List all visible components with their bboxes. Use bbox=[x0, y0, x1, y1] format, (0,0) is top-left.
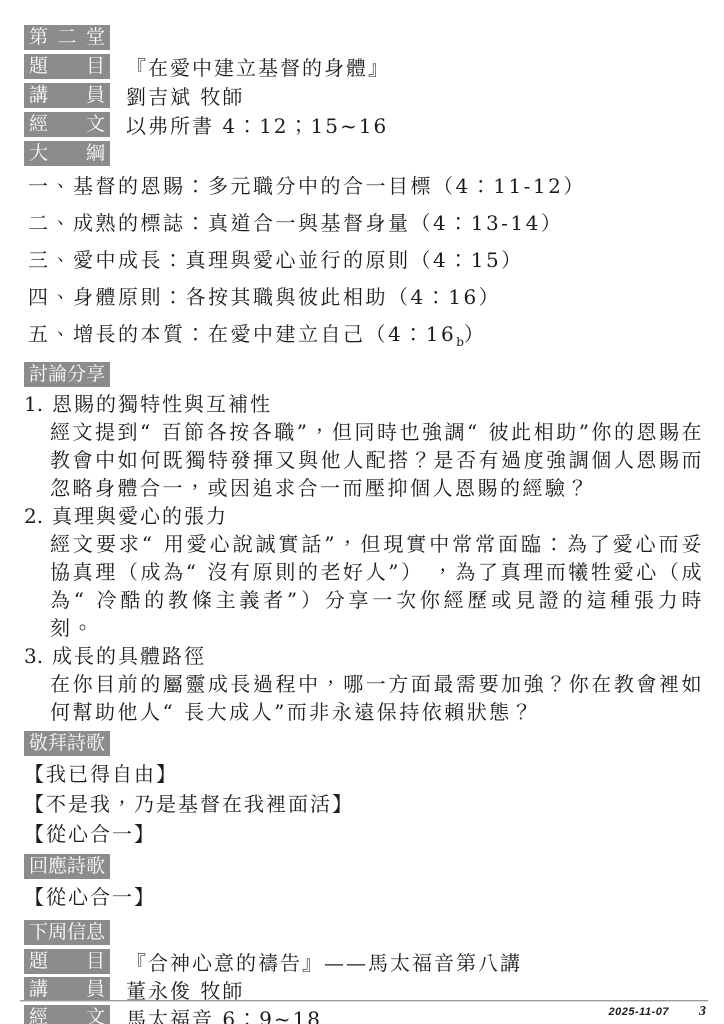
outline-label: 大 綱 bbox=[24, 141, 110, 166]
header-row-topic: 題 目 『在愛中建立基督的身體』 bbox=[24, 54, 704, 79]
discussion-item-number: 1. bbox=[24, 390, 48, 418]
worship-song: 【我已得自由】 bbox=[24, 759, 704, 789]
next-week-row-topic: 題 目 『合神心意的禱告』——馬太福音第八講 bbox=[24, 949, 704, 973]
next-week-row-speaker: 講 員 董永俊 牧師 bbox=[24, 977, 704, 1001]
next-week-speaker-label: 講 員 bbox=[24, 977, 110, 1002]
discussion-item-1: 1.恩賜的獨特性與互補性 經文提到“ 百節各按各職”，但同時也強調“ 彼此相助”… bbox=[24, 390, 704, 502]
bulletin-page: 第 二 堂 題 目 『在愛中建立基督的身體』 講 員 劉吉斌 牧師 經 文 以弗… bbox=[0, 0, 724, 1024]
outline-item: 五、增長的本質：在愛中建立自己（4：16b） bbox=[28, 320, 704, 357]
outline-item: 三、愛中成長：真理與愛心並行的原則（4：15） bbox=[28, 246, 704, 283]
discussion-item-body: 經文提到“ 百節各按各職”，但同時也強調“ 彼此相助”你的恩賜在教會中如何既獨特… bbox=[50, 418, 704, 502]
discussion-item-title-row: 3.成長的具體路徑 bbox=[24, 642, 704, 670]
outline-item-text: 五、增長的本質：在愛中建立自己（4：16 bbox=[28, 322, 456, 346]
response-songs-list: 【從心合一】 bbox=[24, 882, 704, 912]
outline-item: 四、身體原則：各按其職與彼此相助（4：16） bbox=[28, 283, 704, 320]
worship-song: 【不是我，乃是基督在我裡面活】 bbox=[24, 789, 704, 819]
discussion-item-title: 恩賜的獨特性與互補性 bbox=[52, 392, 272, 416]
outline-header-row: 大 綱 bbox=[24, 141, 704, 166]
speaker-label: 講 員 bbox=[24, 83, 110, 108]
response-song: 【從心合一】 bbox=[24, 882, 704, 912]
footer-date: 2025-11-07 bbox=[609, 1006, 669, 1018]
sermon-outline: 一、基督的恩賜：多元職分中的合一目標（4：11-12） 二、成熟的標誌：真道合一… bbox=[28, 172, 704, 357]
outline-item-subscript: b bbox=[456, 335, 464, 349]
outline-item: 二、成熟的標誌：真道合一與基督身量（4：13-14） bbox=[28, 209, 704, 246]
speaker-name: 劉吉斌 牧師 bbox=[126, 81, 244, 110]
worship-songs-label: 敬拜詩歌 bbox=[24, 731, 110, 756]
discussion-item-2: 2.真理與愛心的張力 經文要求“ 用愛心說誠實話”，但現實中常常面臨：為了愛心而… bbox=[24, 502, 704, 642]
session-row: 第 二 堂 bbox=[24, 25, 704, 50]
outline-item-text: 二、成熟的標誌：真道合一與基督身量（4：13-14） bbox=[28, 211, 563, 235]
discussion-label: 討論分享 bbox=[24, 362, 110, 387]
next-week-sermon-title: 『合神心意的禱告』——馬太福音第八講 bbox=[126, 947, 522, 976]
outline-item-text: 三、愛中成長：真理與愛心並行的原則（4：15） bbox=[28, 248, 524, 272]
scripture-label: 經 文 bbox=[24, 112, 110, 137]
discussion-item-number: 3. bbox=[24, 642, 48, 670]
footer-meta: 2025-11-07 3 bbox=[20, 1002, 708, 1020]
worship-songs-list: 【我已得自由】 【不是我，乃是基督在我裡面活】 【從心合一】 bbox=[24, 759, 704, 849]
discussion-item-3: 3.成長的具體路徑 在你目前的屬靈成長過程中，哪一方面最需要加強？你在教會裡如何… bbox=[24, 642, 704, 726]
response-songs-label: 回應詩歌 bbox=[24, 854, 110, 879]
outline-item: 一、基督的恩賜：多元職分中的合一目標（4：11-12） bbox=[28, 172, 704, 209]
topic-label: 題 目 bbox=[24, 54, 110, 79]
discussion-item-title: 成長的具體路徑 bbox=[52, 644, 206, 668]
header-row-scripture: 經 文 以弗所書 4：12；15~16 bbox=[24, 112, 704, 137]
outline-item-suffix: ） bbox=[464, 322, 487, 346]
next-week-topic-label: 題 目 bbox=[24, 949, 110, 974]
sermon-title: 『在愛中建立基督的身體』 bbox=[126, 52, 390, 81]
session-label: 第 二 堂 bbox=[24, 25, 110, 50]
next-week-header-row: 下周信息 bbox=[24, 920, 704, 945]
outline-item-text: 一、基督的恩賜：多元職分中的合一目標（4：11-12） bbox=[28, 174, 586, 198]
worship-song: 【從心合一】 bbox=[24, 819, 704, 849]
discussion-item-body: 在你目前的屬靈成長過程中，哪一方面最需要加強？你在教會裡如何幫助他人“ 長大成人… bbox=[50, 670, 704, 726]
discussion-item-title-row: 1.恩賜的獨特性與互補性 bbox=[24, 390, 704, 418]
scripture-reference: 以弗所書 4：12；15~16 bbox=[126, 110, 388, 139]
discussion-item-body: 經文要求“ 用愛心說誠實話”，但現實中常常面臨：為了愛心而妥協真理（成為“ 沒有… bbox=[50, 530, 704, 642]
discussion-item-title-row: 2.真理與愛心的張力 bbox=[24, 502, 704, 530]
next-week-label: 下周信息 bbox=[24, 920, 110, 945]
page-number: 3 bbox=[699, 1004, 706, 1020]
discussion-item-title: 真理與愛心的張力 bbox=[52, 504, 228, 528]
discussion-item-number: 2. bbox=[24, 502, 48, 530]
outline-item-text: 四、身體原則：各按其職與彼此相助（4：16） bbox=[28, 285, 501, 309]
header-row-speaker: 講 員 劉吉斌 牧師 bbox=[24, 83, 704, 108]
page-footer: 2025-11-07 3 bbox=[20, 1000, 708, 1022]
